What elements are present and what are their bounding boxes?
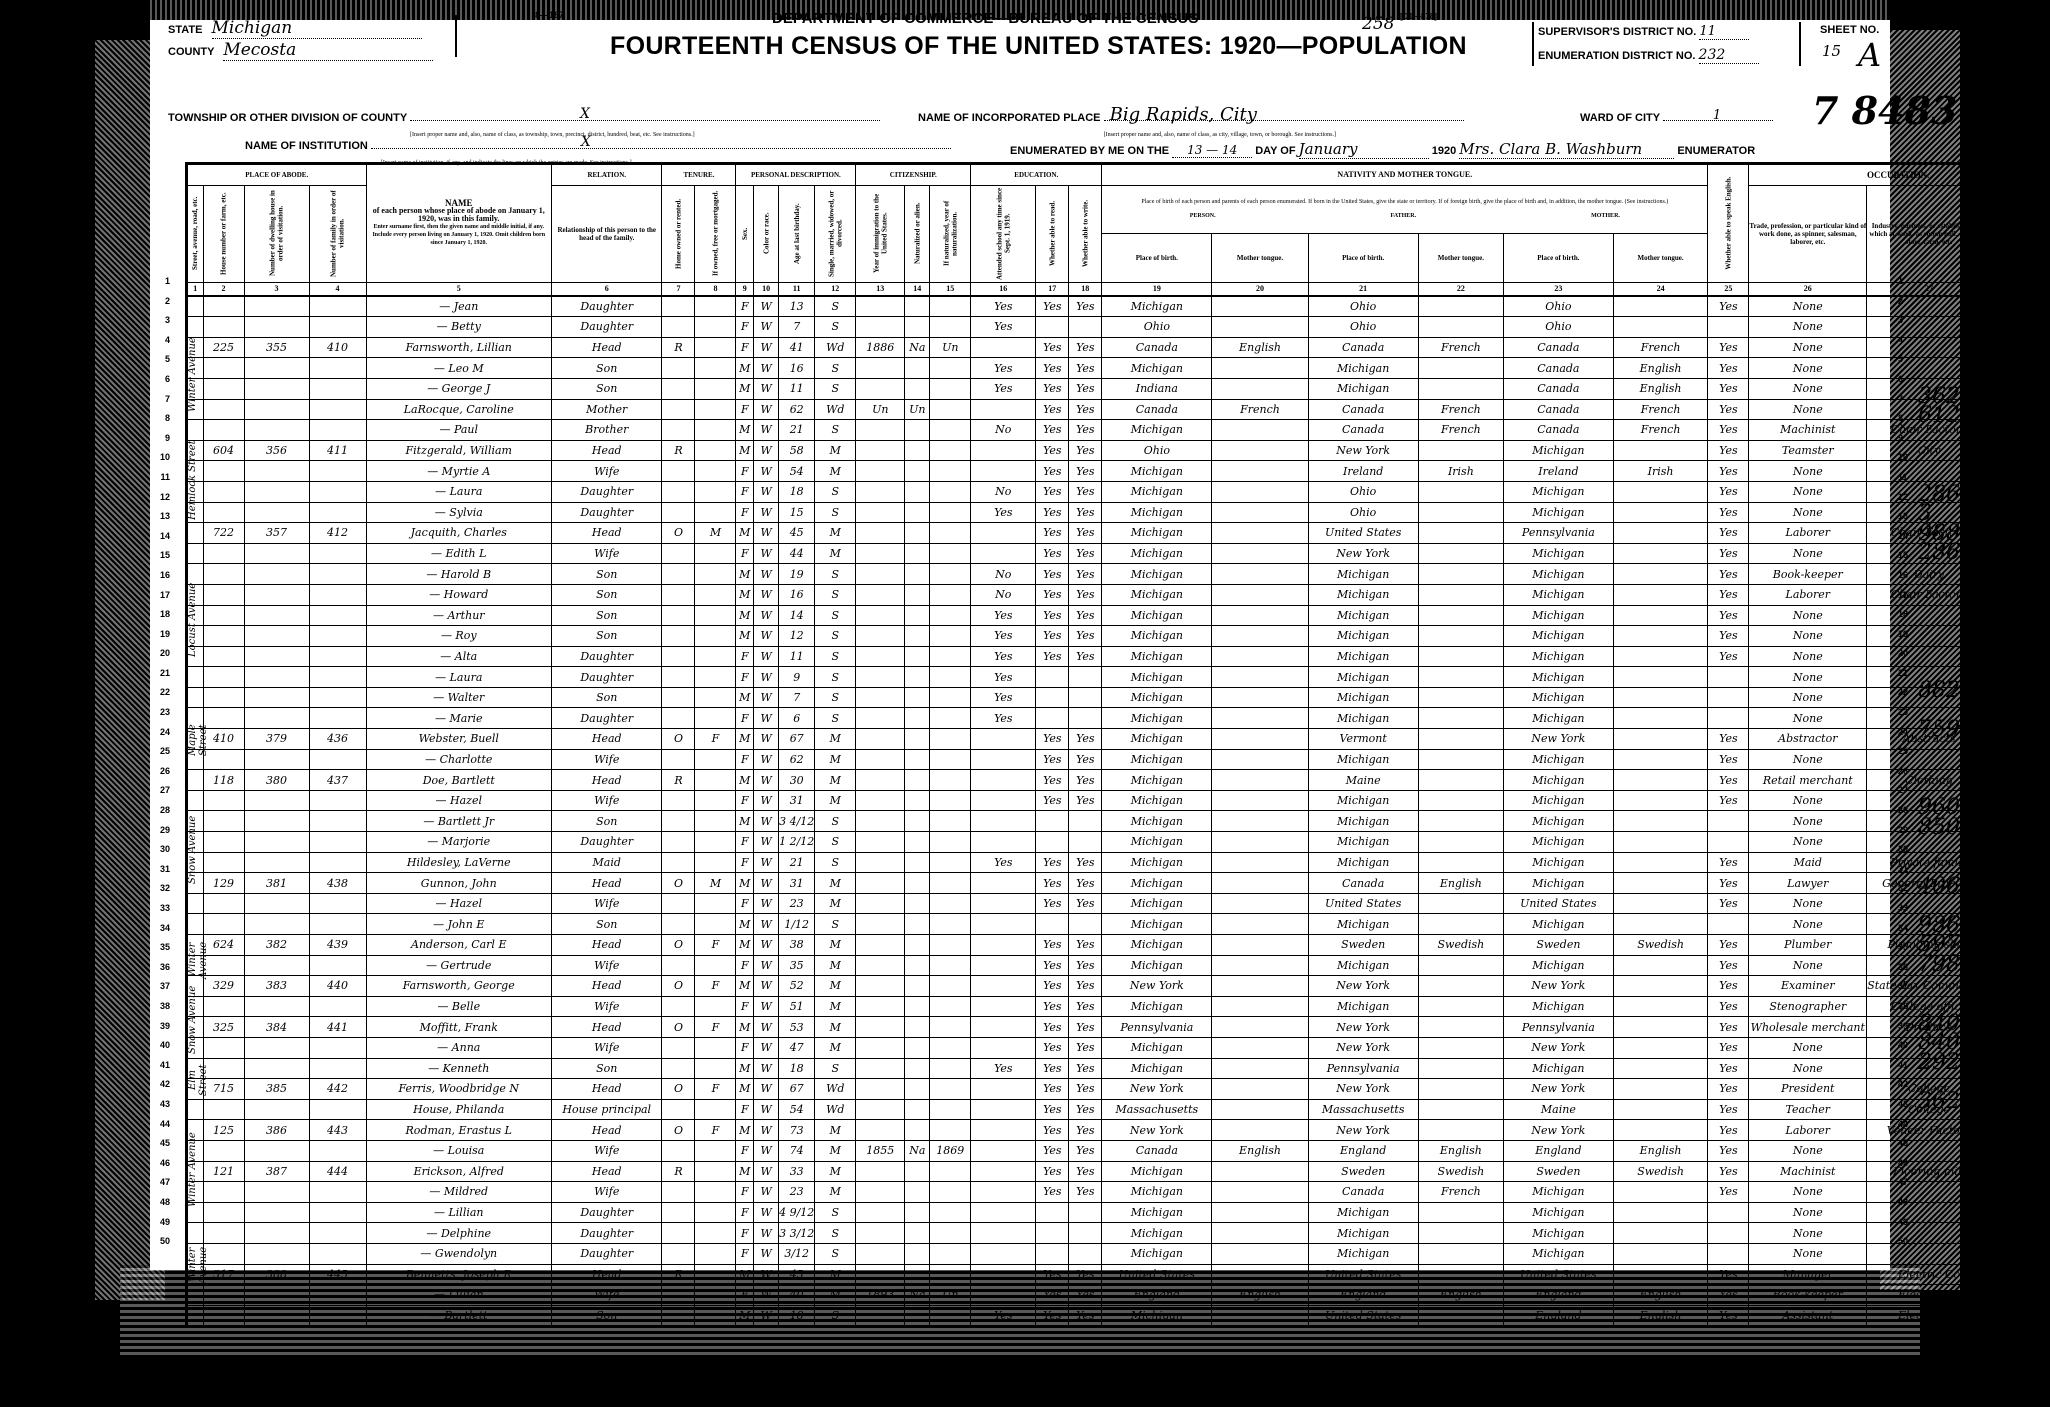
cell-relation: Head <box>551 873 662 894</box>
th-mother: MOTHER. <box>1591 212 1620 220</box>
line-number: 35 <box>1898 938 1918 958</box>
cell-age: 67 <box>779 729 815 750</box>
cell-emp: W <box>1991 584 2026 605</box>
cell-color: W <box>754 1202 779 1223</box>
cell-school <box>971 955 1036 976</box>
cell-relation: Son <box>551 378 662 399</box>
cell-street <box>187 1285 204 1306</box>
cell-emp <box>1991 1182 2026 1203</box>
cell-nat <box>905 1243 930 1264</box>
cell-color: W <box>754 893 779 914</box>
cell-natyr <box>930 1305 971 1327</box>
cell-sex: F <box>736 502 754 523</box>
cell-emp <box>1991 1202 2026 1223</box>
cell-age: 21 <box>779 420 815 441</box>
cell-code <box>2026 914 2048 935</box>
cell-name: — Laura <box>366 481 551 502</box>
cell-family <box>309 461 366 482</box>
cell-natyr <box>930 708 971 729</box>
cell-trade: None <box>1749 502 1867 523</box>
cell-color: W <box>754 1037 779 1058</box>
line-number: 45 <box>1898 1134 1918 1154</box>
cell-read <box>1036 1223 1069 1244</box>
cell-fpob: Michigan <box>1308 790 1418 811</box>
cell-nat <box>905 976 930 997</box>
cell-age: 18 <box>779 1305 815 1327</box>
cell-industry: Electric Co <box>1867 1285 1992 1306</box>
cell-ftongue <box>1418 1305 1503 1327</box>
cell-read: Yes <box>1036 605 1069 626</box>
cell-tongue <box>1212 790 1308 811</box>
cell-color: W <box>754 440 779 461</box>
cell-mort <box>695 378 736 399</box>
cell-own <box>662 749 695 770</box>
cell-color: W <box>754 996 779 1017</box>
th-owned: Home owned or rented. <box>662 185 695 282</box>
cell-name: Farnsworth, George <box>366 976 551 997</box>
cell-street <box>187 523 204 544</box>
cell-pob: United States <box>1102 1264 1212 1285</box>
cell-mort <box>695 584 736 605</box>
cell-ftongue <box>1418 687 1503 708</box>
cell-school <box>971 1099 1036 1120</box>
line-number: 21 <box>1898 664 1918 684</box>
cell-fpob: Michigan <box>1308 626 1418 647</box>
cell-family: 445 <box>309 1264 366 1285</box>
cell-house <box>203 399 244 420</box>
column-number: 16 <box>971 282 1036 296</box>
cell-write: Yes <box>1069 564 1102 585</box>
cell-sex: F <box>736 1285 754 1306</box>
cell-trade: None <box>1749 337 1867 358</box>
cell-color: W <box>754 687 779 708</box>
cell-school: No <box>971 481 1036 502</box>
column-number: 11 <box>779 282 815 296</box>
cell-age: 58 <box>779 440 815 461</box>
cell-school <box>971 440 1036 461</box>
cell-trade: Book-keeper <box>1749 564 1867 585</box>
cell-sex: F <box>736 1140 754 1161</box>
cell-house <box>203 687 244 708</box>
cell-dwelling <box>244 1285 309 1306</box>
cell-imm <box>856 914 905 935</box>
cell-fpob: Sweden <box>1308 935 1418 956</box>
table-row: — LauraDaughterFW18SNoYesYesMichiganOhio… <box>187 481 2049 502</box>
cell-ftongue: Swedish <box>1418 1161 1503 1182</box>
cell-school <box>971 1264 1036 1285</box>
ward-value: 1 <box>1713 108 1721 123</box>
table-row: — LillianWifeFW40M1893NaUnYesYesEnglandE… <box>187 1285 2049 1306</box>
cell-imm <box>856 1305 905 1327</box>
header-row-groups: PLACE OF ABODE. NAME of each person whos… <box>187 164 2049 186</box>
cell-eng: Yes <box>1708 337 1749 358</box>
cell-age: 1 2/12 <box>779 832 815 853</box>
cell-school: Yes <box>971 296 1036 317</box>
table-row: — Bartlett JrSonMW3 4/12SMichiganMichiga… <box>187 811 2049 832</box>
cell-eng: Yes <box>1708 358 1749 379</box>
cell-relation: Brother <box>551 420 662 441</box>
cell-school <box>971 770 1036 791</box>
cell-relation: Wife <box>551 790 662 811</box>
cell-sex: F <box>736 646 754 667</box>
cell-family <box>309 317 366 338</box>
cell-fpob: United States <box>1308 523 1418 544</box>
cell-fpob: United States <box>1308 893 1418 914</box>
cell-mpob: Sweden <box>1504 935 1614 956</box>
cell-read: Yes <box>1036 770 1069 791</box>
cell-sex: M <box>736 1264 754 1285</box>
cell-emp <box>1991 667 2026 688</box>
cell-sex: F <box>736 317 754 338</box>
cell-fpob: Canada <box>1308 399 1418 420</box>
cell-sex: M <box>736 976 754 997</box>
cell-fpob: Canada <box>1308 873 1418 894</box>
cell-code <box>2026 749 2048 770</box>
cell-marital: S <box>815 481 856 502</box>
th-father-pob: Place of birth. <box>1308 234 1418 283</box>
cell-color: W <box>754 1099 779 1120</box>
cell-tongue <box>1212 1017 1308 1038</box>
cell-dwelling <box>244 605 309 626</box>
cell-pob: Michigan <box>1102 584 1212 605</box>
cell-name: — Walter <box>366 687 551 708</box>
cell-eng: Yes <box>1708 1182 1749 1203</box>
cell-tongue <box>1212 1223 1308 1244</box>
cell-read: Yes <box>1036 1079 1069 1100</box>
cell-eng: Yes <box>1708 1264 1749 1285</box>
cell-write <box>1069 832 1102 853</box>
cell-eng <box>1708 1202 1749 1223</box>
cell-tongue <box>1212 687 1308 708</box>
cell-school <box>971 811 1036 832</box>
cell-school <box>971 1037 1036 1058</box>
cell-industry <box>1867 317 1992 338</box>
cell-tongue <box>1212 1182 1308 1203</box>
cell-sex: M <box>736 1058 754 1079</box>
line-number: 4 <box>1898 331 1918 351</box>
occupation-code: 798 <box>1918 952 1960 977</box>
cell-nat <box>905 1017 930 1038</box>
cell-age: 31 <box>779 873 815 894</box>
cell-own <box>662 687 695 708</box>
line-number: 39 <box>152 1017 170 1037</box>
cell-school: Yes <box>971 317 1036 338</box>
table-row: — SylviaDaughterFW15SYesYesYesMichiganOh… <box>187 502 2049 523</box>
cell-read <box>1036 687 1069 708</box>
cell-pob: New York <box>1102 1079 1212 1100</box>
cell-ftongue <box>1418 1037 1503 1058</box>
line-number: 23 <box>152 703 170 723</box>
cell-relation: Daughter <box>551 317 662 338</box>
cell-imm <box>856 1058 905 1079</box>
cell-mort <box>695 399 736 420</box>
cell-own: R <box>662 1264 695 1285</box>
cell-write: Yes <box>1069 1264 1102 1285</box>
cell-trade: Teamster <box>1749 440 1867 461</box>
cell-natyr <box>930 502 971 523</box>
cell-nat <box>905 1120 930 1141</box>
cell-imm <box>856 687 905 708</box>
line-number: 50 <box>152 1232 170 1252</box>
cell-pob: Michigan <box>1102 708 1212 729</box>
cell-age: 12 <box>779 626 815 647</box>
cell-read: Yes <box>1036 1264 1069 1285</box>
cell-school <box>971 790 1036 811</box>
cell-emp: W <box>1991 1161 2026 1182</box>
cell-read: Yes <box>1036 584 1069 605</box>
cell-emp <box>1991 502 2026 523</box>
cell-mort <box>695 337 736 358</box>
cell-mpob: Michigan <box>1504 646 1614 667</box>
cell-tongue <box>1212 317 1308 338</box>
cell-mort <box>695 914 736 935</box>
cell-school <box>971 461 1036 482</box>
cell-relation: Wife <box>551 1182 662 1203</box>
cell-house <box>203 790 244 811</box>
cell-family <box>309 811 366 832</box>
cell-family <box>309 626 366 647</box>
cell-age: 19 <box>779 564 815 585</box>
cell-school: No <box>971 584 1036 605</box>
cell-marital: S <box>815 317 856 338</box>
line-number: 10 <box>1898 448 1918 468</box>
cell-relation: Daughter <box>551 502 662 523</box>
cell-natyr <box>930 605 971 626</box>
cell-pob: Michigan <box>1102 790 1212 811</box>
cell-sex: M <box>736 873 754 894</box>
cell-emp <box>1991 1058 2026 1079</box>
cell-family: 437 <box>309 770 366 791</box>
cell-fpob: Michigan <box>1308 564 1418 585</box>
cell-relation: Head <box>551 1017 662 1038</box>
cell-mtongue <box>1613 564 1708 585</box>
cell-mort <box>695 1037 736 1058</box>
cell-ftongue <box>1418 481 1503 502</box>
column-number: 18 <box>1069 282 1102 296</box>
cell-tongue <box>1212 770 1308 791</box>
left-line-numbers: 1234567891011121314151617181920212223242… <box>152 272 170 1252</box>
cell-emp: W <box>1991 976 2026 997</box>
cell-write <box>1069 914 1102 935</box>
cell-age: 11 <box>779 646 815 667</box>
cell-family <box>309 996 366 1017</box>
cell-relation: Head <box>551 1079 662 1100</box>
cell-sex: F <box>736 955 754 976</box>
cell-sex: F <box>736 296 754 317</box>
cell-color: W <box>754 420 779 441</box>
th-dwelling: Number of dwelling house in order of vis… <box>244 185 309 282</box>
incorporated-place-value: Big Rapids, City <box>1110 104 1257 125</box>
cell-family <box>309 1202 366 1223</box>
cell-code <box>2026 729 2048 750</box>
table-row: — Edith LWifeFW44MYesYesMichiganNew York… <box>187 543 2049 564</box>
line-number: 19 <box>152 625 170 645</box>
cell-mpob: Sweden <box>1504 1161 1614 1182</box>
cell-pob: Michigan <box>1102 667 1212 688</box>
cell-pob: Michigan <box>1102 1058 1212 1079</box>
supervisor-district-label: SUPERVISOR'S DISTRICT NO. <box>1538 26 1696 38</box>
cell-trade: Stenographer <box>1749 996 1867 1017</box>
cell-street <box>187 420 204 441</box>
cell-school <box>971 749 1036 770</box>
line-number: 23 <box>1898 703 1918 723</box>
cell-house <box>203 893 244 914</box>
th-sex: Sex. <box>736 185 754 282</box>
cell-code <box>2026 1202 2048 1223</box>
cell-age: 45 <box>779 1264 815 1285</box>
line-number: 6 <box>152 370 170 390</box>
cell-mort <box>695 1223 736 1244</box>
cell-school <box>971 729 1036 750</box>
cell-name: — Kenneth <box>366 1058 551 1079</box>
cell-house: 325 <box>203 1017 244 1038</box>
cell-mort: F <box>695 976 736 997</box>
enumerated-day: 13 — 14 <box>1172 143 1252 158</box>
cell-house: 410 <box>203 729 244 750</box>
cell-own <box>662 584 695 605</box>
cell-natyr <box>930 1120 971 1141</box>
cell-read: Yes <box>1036 873 1069 894</box>
cell-code <box>2026 1161 2048 1182</box>
cell-pob: Michigan <box>1102 1037 1212 1058</box>
cell-street <box>187 729 204 750</box>
th-speak-english: Whether able to speak English. <box>1708 164 1749 283</box>
cell-imm <box>856 708 905 729</box>
cell-fpob: United States <box>1308 1264 1418 1285</box>
cell-mort <box>695 687 736 708</box>
line-number: 1 <box>152 272 170 292</box>
cell-pob: Michigan <box>1102 626 1212 647</box>
cell-age: 44 <box>779 543 815 564</box>
th-place-of-abode: PLACE OF ABODE. <box>187 164 367 186</box>
cell-tongue <box>1212 502 1308 523</box>
cell-sex: F <box>736 543 754 564</box>
cell-trade: None <box>1749 1037 1867 1058</box>
line-number: 15 <box>152 546 170 566</box>
cell-relation: House principal <box>551 1099 662 1120</box>
cell-street <box>187 687 204 708</box>
cell-imm <box>856 502 905 523</box>
table-row: — Leo MSonMW16SYesYesYesMichiganMichigan… <box>187 358 2049 379</box>
cell-name: — John E <box>366 914 551 935</box>
table-row: — HazelWifeFW31MYesYesMichiganMichiganMi… <box>187 790 2049 811</box>
cell-own <box>662 543 695 564</box>
cell-emp <box>1991 399 2026 420</box>
cell-name: House, Philanda <box>366 1099 551 1120</box>
cell-name: — George J <box>366 378 551 399</box>
cell-dwelling <box>244 1099 309 1120</box>
cell-emp: W <box>1991 1264 2026 1285</box>
cell-trade: None <box>1749 399 1867 420</box>
table-row: — HazelWifeFW23MYesYesMichiganUnited Sta… <box>187 893 2049 914</box>
enumerator-label: ENUMERATOR <box>1677 145 1755 157</box>
cell-write <box>1069 317 1102 338</box>
column-number: 10 <box>754 282 779 296</box>
cell-eng: Yes <box>1708 873 1749 894</box>
th-immigration: Year of immigration to the United States… <box>856 185 905 282</box>
cell-ftongue <box>1418 1223 1503 1244</box>
cell-nat <box>905 996 930 1017</box>
th-mortgaged: If owned, free or mortgaged. <box>695 185 736 282</box>
township-field: TOWNSHIP OR OTHER DIVISION OF COUNTY X [… <box>168 112 880 124</box>
cell-house: 125 <box>203 1120 244 1141</box>
cell-street <box>187 646 204 667</box>
cell-street <box>187 832 204 853</box>
cell-mpob: Michigan <box>1504 440 1614 461</box>
cell-school <box>971 1285 1036 1306</box>
cell-house <box>203 811 244 832</box>
cell-trade: None <box>1749 296 1867 317</box>
cell-school: Yes <box>971 626 1036 647</box>
cell-trade: Machinist <box>1749 1161 1867 1182</box>
cell-imm <box>856 955 905 976</box>
cell-marital: M <box>815 955 856 976</box>
cell-tongue <box>1212 296 1308 317</box>
cell-color: W <box>754 337 779 358</box>
cell-own <box>662 317 695 338</box>
cell-pob: Indiana <box>1102 378 1212 399</box>
table-row: 325384441Moffitt, FrankHeadOFMW53MYesYes… <box>187 1017 2049 1038</box>
table-row: — CharlotteWifeFW62MYesYesMichiganMichig… <box>187 749 2049 770</box>
cell-dwelling: 381 <box>244 873 309 894</box>
cell-mtongue <box>1613 1182 1708 1203</box>
th-mother-pob: Place of birth. <box>1504 234 1614 283</box>
line-number: 34 <box>152 919 170 939</box>
cell-own <box>662 1305 695 1327</box>
cell-sex: M <box>736 1017 754 1038</box>
cell-fpob: Ireland <box>1308 461 1418 482</box>
cell-name: — Mildred <box>366 1182 551 1203</box>
cell-sex: M <box>736 564 754 585</box>
cell-ftongue <box>1418 811 1503 832</box>
cell-natyr <box>930 790 971 811</box>
cell-dwelling <box>244 420 309 441</box>
cell-mpob: Michigan <box>1504 790 1614 811</box>
cell-tongue <box>1212 1037 1308 1058</box>
th-mother-tongue: Mother tongue. <box>1613 234 1708 283</box>
cell-ftongue: French <box>1418 399 1503 420</box>
cell-emp <box>1991 749 2026 770</box>
cell-marital: S <box>815 564 856 585</box>
line-number: 32 <box>152 879 170 899</box>
cell-dwelling <box>244 1037 309 1058</box>
cell-pob: Michigan <box>1102 1202 1212 1223</box>
cell-dwelling <box>244 502 309 523</box>
cell-nat <box>905 935 930 956</box>
cell-own <box>662 296 695 317</box>
cell-mort <box>695 955 736 976</box>
cell-tongue <box>1212 893 1308 914</box>
cell-mtongue <box>1613 1037 1708 1058</box>
line-number: 33 <box>152 899 170 919</box>
enumerated-field: ENUMERATED BY ME ON THE 13 — 14 DAY OF J… <box>1010 140 1755 159</box>
cell-sex: M <box>736 687 754 708</box>
table-row: — LauraDaughterFW9SYesMichiganMichiganMi… <box>187 667 2049 688</box>
cell-eng: Yes <box>1708 461 1749 482</box>
cell-school <box>971 976 1036 997</box>
cell-color: W <box>754 626 779 647</box>
cell-emp: W <box>1991 996 2026 1017</box>
cell-natyr: Un <box>930 337 971 358</box>
cell-name: — Marjorie <box>366 832 551 853</box>
table-row: — LouisaWifeFW74M1855Na1869YesYesCanadaE… <box>187 1140 2049 1161</box>
cell-street <box>187 996 204 1017</box>
cell-code <box>2026 1305 2048 1327</box>
table-row: — LillianDaughterFW4 9/12SMichiganMichig… <box>187 1202 2049 1223</box>
cell-fpob: Canada <box>1308 1182 1418 1203</box>
cell-ftongue: Swedish <box>1418 935 1503 956</box>
cell-ftongue <box>1418 317 1503 338</box>
